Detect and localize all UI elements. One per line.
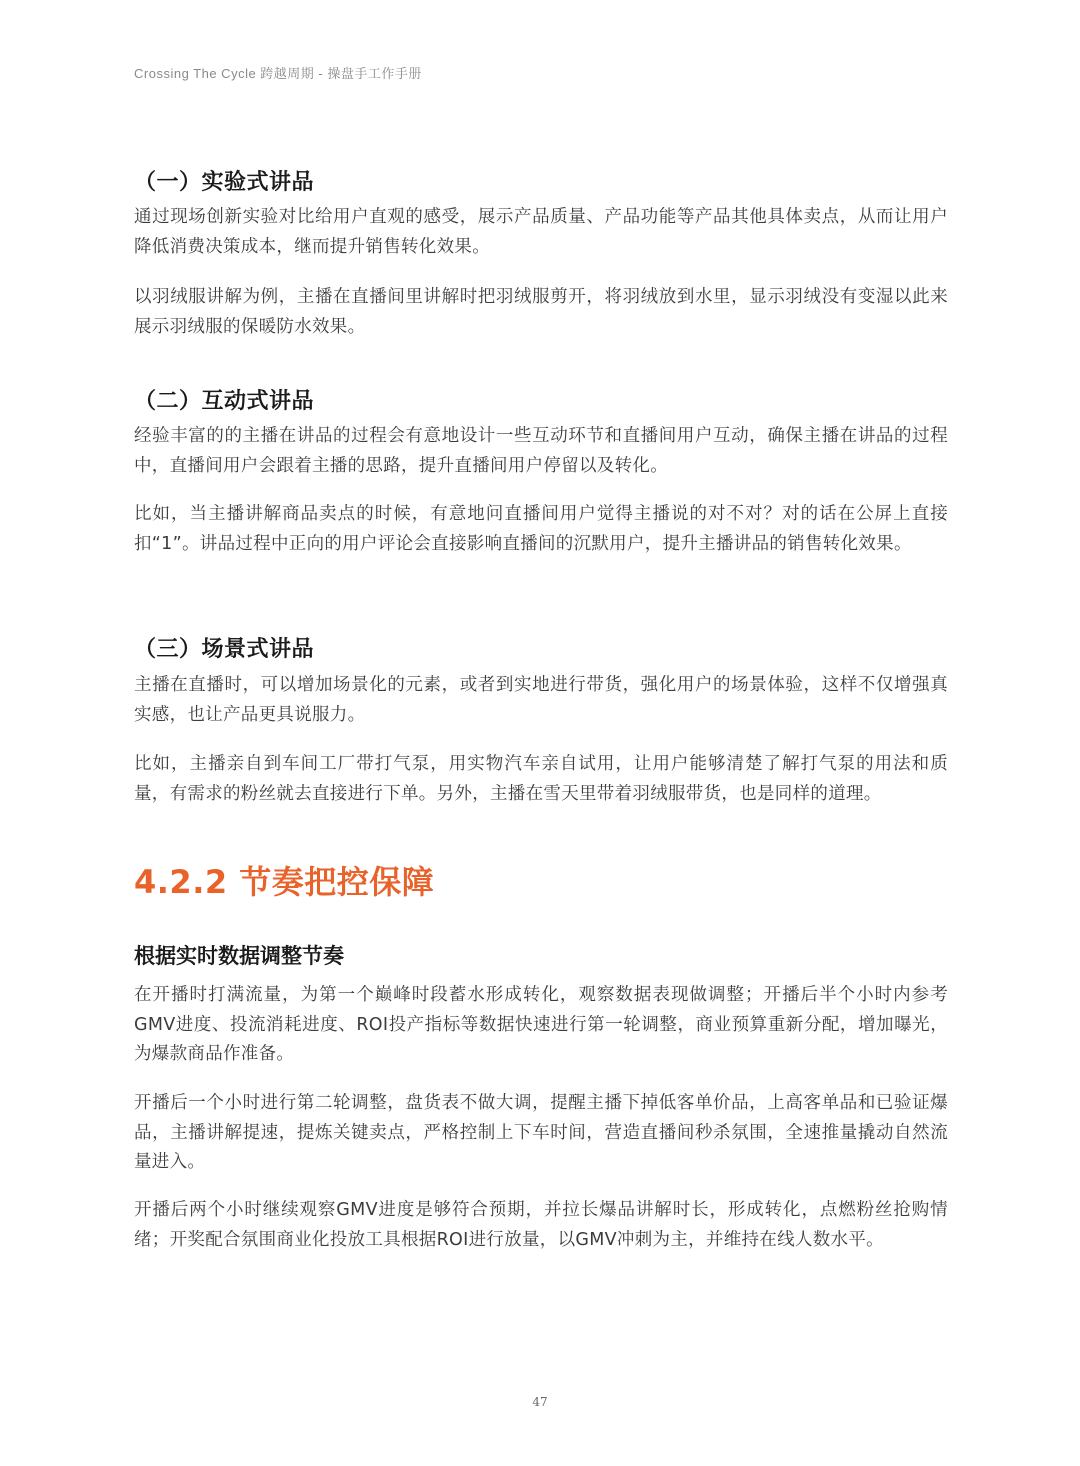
paragraph: 以羽绒服讲解为例，主播在直播间里讲解时把羽绒服剪开，将羽绒放到水里，显示羽绒没有… — [134, 283, 948, 342]
subheading-interactive: （二）互动式讲品 — [134, 384, 314, 415]
subheading-experimental: （一）实验式讲品 — [134, 165, 314, 196]
paragraph: 经验丰富的的主播在讲品的过程会有意地设计一些互动环节和直播间用户互动，确保主播在… — [134, 422, 948, 481]
paragraph: 比如，当主播讲解商品卖点的时候，有意地问直播间用户觉得主播说的对不对？对的话在公… — [134, 500, 948, 559]
page-number: 47 — [0, 1395, 1080, 1409]
paragraph: 开播后一个小时进行第二轮调整，盘货表不做大调，提醒主播下掉低客单价品，上高客单品… — [134, 1089, 948, 1178]
subheading-scenario: （三）场景式讲品 — [134, 632, 314, 663]
block-heading: 根据实时数据调整节奏 — [134, 940, 344, 970]
paragraph: 比如，主播亲自到车间工厂带打气泵，用实物汽车亲自试用，让用户能够清楚了解打气泵的… — [134, 750, 948, 809]
running-header: Crossing The Cycle 跨越周期 - 操盘手工作手册 — [134, 63, 422, 82]
paragraph: 开播后两个小时继续观察GMV进度是够符合预期，并拉长爆品讲解时长，形成转化，点燃… — [134, 1196, 948, 1255]
paragraph: 通过现场创新实验对比给用户直观的感受，展示产品质量、产品功能等产品其他具体卖点，… — [134, 203, 948, 262]
section-title: 4.2.2 节奏把控保障 — [134, 857, 434, 903]
paragraph: 主播在直播时，可以增加场景化的元素，或者到实地进行带货，强化用户的场景体验，这样… — [134, 671, 948, 730]
paragraph: 在开播时打满流量，为第一个巅峰时段蓄水形成转化，观察数据表现做调整；开播后半个小… — [134, 981, 948, 1070]
